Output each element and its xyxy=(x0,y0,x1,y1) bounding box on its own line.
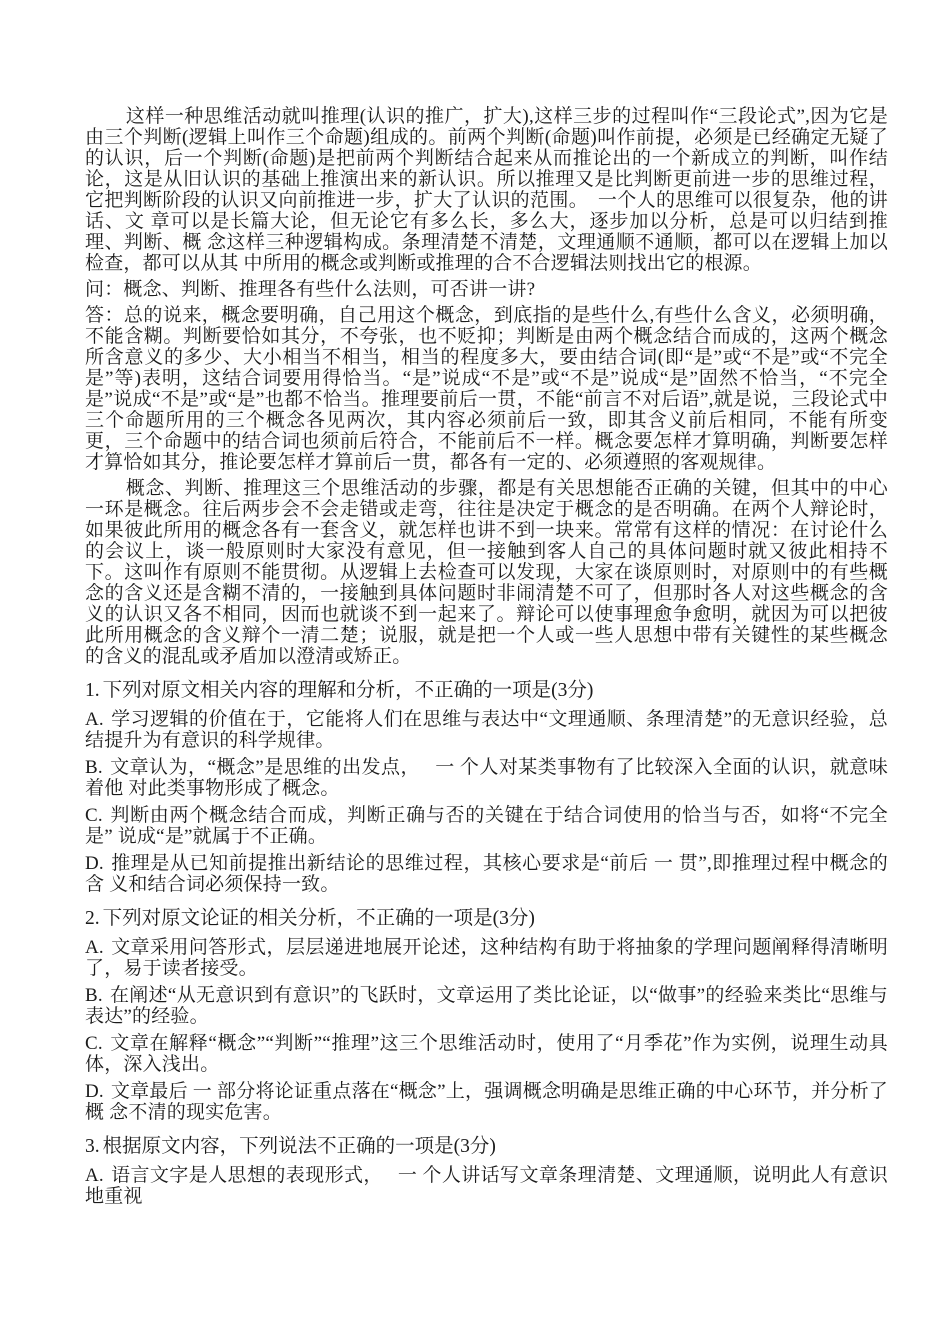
question-2-number: 2. xyxy=(85,908,100,929)
question-3-option-a: A.语言文字是人思想的表现形式， 一 个人讲话写文章条理清楚、文理通顺，说明此人… xyxy=(85,1165,888,1207)
questions-section: 1.下列对原文相关内容的理解和分析，不正确的一项是(3分) A.学习逻辑的价值在… xyxy=(85,680,888,1207)
dialogue-question-line: 问：概念、判断、推理各有些什么法则，可否讲一讲? xyxy=(85,279,888,300)
exam-page: 这样一种思维活动就叫推理(认识的推广，扩大),这样三步的过程叫作“三段论式”,因… xyxy=(0,0,950,1343)
question-1-stem: 下列对原文相关内容的理解和分析，不正确的一项是(3分) xyxy=(103,680,594,701)
question-1-heading: 1.下列对原文相关内容的理解和分析，不正确的一项是(3分) xyxy=(85,680,888,701)
option-label: D. xyxy=(85,1081,104,1102)
option-label: A. xyxy=(85,937,104,958)
question-1-option-b: B.文章认为，“概念”是思维的出发点， 一 个人对某类事物有了比较深入全面的认识… xyxy=(85,757,888,799)
question-1: 1.下列对原文相关内容的理解和分析，不正确的一项是(3分) A.学习逻辑的价值在… xyxy=(85,680,888,895)
passage-paragraph-1: 这样一种思维活动就叫推理(认识的推广，扩大),这样三步的过程叫作“三段论式”,因… xyxy=(85,106,888,274)
question-3-stem: 根据原文内容，下列说法不正确的一项是(3分) xyxy=(103,1136,496,1157)
option-label: D. xyxy=(85,853,104,874)
option-label: A. xyxy=(85,709,104,730)
option-text: 语言文字是人思想的表现形式， 一 个人讲话写文章条理清楚、文理通顺，说明此人有意… xyxy=(85,1165,888,1207)
question-2-stem: 下列对原文论证的相关分析，不正确的一项是(3分) xyxy=(103,908,535,929)
option-label: B. xyxy=(85,985,103,1006)
question-3-heading: 3.根据原文内容，下列说法不正确的一项是(3分) xyxy=(85,1136,888,1157)
reading-passage: 这样一种思维活动就叫推理(认识的推广，扩大),这样三步的过程叫作“三段论式”,因… xyxy=(85,106,888,667)
option-label: B. xyxy=(85,757,103,778)
question-2: 2.下列对原文论证的相关分析，不正确的一项是(3分) A.文章采用问答形式，层层… xyxy=(85,908,888,1123)
option-text: 判断由两个概念结合而成，判断正确与否的关键在于结合词使用的恰当与否，如将“不完全… xyxy=(85,805,888,847)
option-label: C. xyxy=(85,805,103,826)
question-2-heading: 2.下列对原文论证的相关分析，不正确的一项是(3分) xyxy=(85,908,888,929)
option-label: C. xyxy=(85,1033,103,1054)
option-text: 文章在解释“概念”“判断”“推理”这三个思维活动时，使用了“月季花”作为实例，说… xyxy=(85,1033,888,1075)
option-text: 文章认为，“概念”是思维的出发点， 一 个人对某类事物有了比较深入全面的认识，就… xyxy=(85,757,888,799)
option-text: 推理是从已知前提推出新结论的思维过程，其核心要求是“前后 一 贯”,即推理过程中… xyxy=(85,853,888,895)
question-1-option-c: C.判断由两个概念结合而成，判断正确与否的关键在于结合词使用的恰当与否，如将“不… xyxy=(85,805,888,847)
question-2-option-a: A.文章采用问答形式，层层递进地展开论述，这种结构有助于将抽象的学理问题阐释得清… xyxy=(85,937,888,979)
question-1-option-a: A.学习逻辑的价值在于，它能将人们在思维与表达中“文理通顺、条理清楚”的无意识经… xyxy=(85,709,888,751)
question-3: 3.根据原文内容，下列说法不正确的一项是(3分) A.语言文字是人思想的表现形式… xyxy=(85,1136,888,1207)
question-2-option-d: D.文章最后 一 部分将论证重点落在“概念”上，强调概念明确是思维正确的中心环节… xyxy=(85,1081,888,1123)
option-text: 文章最后 一 部分将论证重点落在“概念”上，强调概念明确是思维正确的中心环节，并… xyxy=(85,1081,888,1123)
question-3-number: 3. xyxy=(85,1136,100,1157)
question-1-number: 1. xyxy=(85,680,100,701)
dialogue-answer-paragraph: 答：总的说来，概念要明确，自己用这个概念，到底指的是些什么,有些什么含义，必须明… xyxy=(85,305,888,473)
option-text: 学习逻辑的价值在于，它能将人们在思维与表达中“文理通顺、条理清楚”的无意识经验，… xyxy=(85,709,888,751)
question-2-option-b: B.在阐述“从无意识到有意识”的飞跃时，文章运用了类比论证，以“做事”的经验来类… xyxy=(85,985,888,1027)
option-text: 文章采用问答形式，层层递进地展开论述，这种结构有助于将抽象的学理问题阐释得清晰明… xyxy=(85,937,888,979)
question-2-option-c: C.文章在解释“概念”“判断”“推理”这三个思维活动时，使用了“月季花”作为实例… xyxy=(85,1033,888,1075)
passage-paragraph-2: 概念、判断、推理这三个思维活动的步骤，都是有关思想能否正确的关键，但其中的中心一… xyxy=(85,478,888,667)
option-label: A. xyxy=(85,1165,104,1186)
option-text: 在阐述“从无意识到有意识”的飞跃时，文章运用了类比论证，以“做事”的经验来类比“… xyxy=(85,985,888,1027)
question-1-option-d: D.推理是从已知前提推出新结论的思维过程，其核心要求是“前后 一 贯”,即推理过… xyxy=(85,853,888,895)
